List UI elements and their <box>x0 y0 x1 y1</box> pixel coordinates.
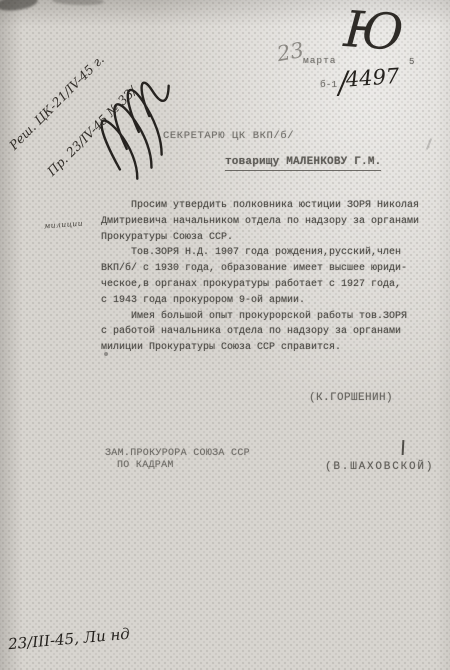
typed-date-month: марта <box>303 55 337 66</box>
body-line: с работой начальника отдела по надзору з… <box>101 324 441 340</box>
pen-tick-mark <box>402 440 404 455</box>
handwritten-file-number: /4497 <box>337 62 401 101</box>
signature-prosecutor: (К.ГОРШЕНИН) <box>309 392 393 404</box>
paper-stain <box>52 0 104 6</box>
deputy-title-line1: ЗАМ.ПРОКУРОРА СОЮЗА ССР <box>105 448 250 459</box>
body-line: Тов.ЗОРЯ Н.Д. 1907 года рождения,русский… <box>101 245 441 261</box>
body-line: Имея большой опыт прокурорской работы то… <box>101 309 441 325</box>
body-line: с 1943 года прокурором 9-ой армии. <box>101 293 441 309</box>
body-line: Прокуратуры Союза ССР. <box>101 230 441 246</box>
body-line: милиции Прокуратуры Союза ССР справится. <box>101 340 441 356</box>
stray-mark <box>426 138 432 150</box>
letter-body: Просим утвердить полковника юстиции ЗОРЯ… <box>101 198 441 356</box>
typed-page-digit: 5 <box>409 57 414 67</box>
body-line: Просим утвердить полковника юстиции ЗОРЯ… <box>101 198 441 214</box>
body-line: Дмитриевича начальником отдела по надзор… <box>101 214 441 230</box>
handwritten-bottom-date-note: 23/III-45, Ли нд <box>7 625 130 654</box>
typed-file-code: б-1 <box>320 79 337 90</box>
body-line: ВКП/б/ с 1930 года, образование имеет вы… <box>101 261 441 277</box>
file-number-digits: 4497 <box>345 64 400 92</box>
addressee-name: товарищу МАЛЕНКОВУ Г.М. <box>225 156 381 171</box>
handwritten-resolution-mark: Ю <box>342 4 405 58</box>
deputy-title-line2: ПО КАДРАМ <box>117 460 174 471</box>
body-line: ческое,в органах прокуратуры работает с … <box>101 277 441 293</box>
handwritten-date-day: 23 <box>275 38 305 66</box>
margin-insertion-note: милиции <box>44 219 84 231</box>
paper-stain <box>0 0 39 13</box>
addressee-title: СЕКРЕТАРЮ ЦК ВКП/б/ <box>163 130 294 142</box>
signature-deputy: (В.ШАХОВСКОЙ) <box>325 461 434 473</box>
scanned-document-page: Реш. ЦК-21/IV-45 г. Пр. 23/IV-45 № 33/ 2… <box>0 0 450 670</box>
